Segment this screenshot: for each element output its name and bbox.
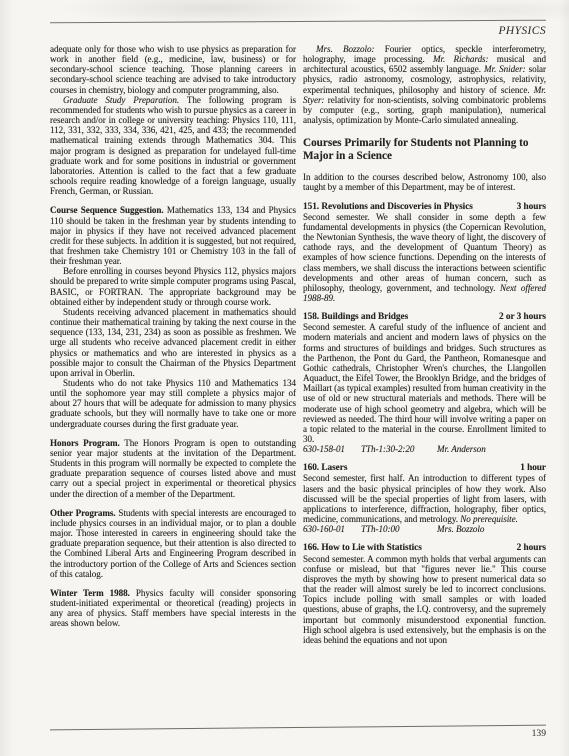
italic-text: Graduate Study Preparation. bbox=[63, 95, 179, 105]
course-hours: 2 hours bbox=[517, 543, 546, 553]
bold-lead-text: Winter Term 1988. bbox=[50, 588, 130, 598]
body-paragraph: Mrs. Bozzolo: Fourier optics, speckle in… bbox=[303, 44, 546, 125]
body-paragraph: Students receiving advanced placement in… bbox=[50, 307, 296, 378]
body-paragraph: Winter Term 1988. Physics faculty will c… bbox=[50, 588, 296, 629]
body-paragraph: Second semester. A common myth holds tha… bbox=[303, 554, 546, 645]
body-paragraph: Course Sequence Suggestion. Mathematics … bbox=[50, 205, 296, 266]
schedule-instructor: Mrs. Bozzolo bbox=[437, 524, 484, 534]
paragraph-text: Second semester. We shall consider in so… bbox=[303, 212, 546, 293]
paragraph-text: Students receiving advanced placement in… bbox=[50, 307, 296, 378]
paragraph-text: Second semester. A common myth holds tha… bbox=[303, 554, 546, 645]
header-rule bbox=[50, 20, 546, 24]
body-paragraph: Honors Program. The Honors Program is op… bbox=[50, 438, 296, 499]
catalog-page: PHYSICS adequate only for those who wish… bbox=[0, 0, 569, 756]
paragraph-text: The following program is recommended for… bbox=[50, 95, 296, 196]
italic-text: Mr. Richards: bbox=[433, 54, 489, 64]
bold-lead-text: Other Programs. bbox=[50, 508, 116, 518]
course-title-row: 151. Revolutions and Discoveries in Phys… bbox=[303, 202, 546, 212]
course-title: 160. Lasers bbox=[303, 463, 347, 473]
bold-lead-text: Honors Program. bbox=[50, 438, 120, 448]
course-schedule-row: 630-160-01TTh-10:00Mrs. Bozzolo bbox=[303, 524, 546, 534]
paragraph-text: In addition to the courses described bel… bbox=[303, 172, 546, 192]
course-hours: 2 or 3 hours bbox=[499, 312, 546, 322]
body-paragraph: In addition to the courses described bel… bbox=[303, 172, 546, 192]
course-title: 151. Revolutions and Discoveries in Phys… bbox=[303, 202, 473, 212]
italic-text: Mrs. Bozzolo: bbox=[316, 44, 374, 54]
course-hours: 1 hour bbox=[520, 463, 546, 473]
paragraph-text: relativity for non-scientists, solving c… bbox=[303, 95, 546, 125]
schedule-instructor: Mr. Anderson bbox=[437, 444, 486, 454]
section-heading: Courses Primarily for Students not Plann… bbox=[303, 137, 546, 163]
schedule-code: 630-158-01 bbox=[303, 444, 361, 454]
paragraph-text: Second semester. A careful study of the … bbox=[303, 322, 546, 444]
course-title-row: 166. How to Lie with Statistics2 hours bbox=[303, 543, 546, 553]
paragraph-text: adequate only for those who wish to use … bbox=[50, 44, 296, 95]
running-head: PHYSICS bbox=[303, 25, 546, 37]
course-title: 166. How to Lie with Statistics bbox=[303, 543, 422, 553]
right-column: Mrs. Bozzolo: Fourier optics, speckle in… bbox=[303, 44, 546, 645]
left-column: adequate only for those who wish to use … bbox=[50, 44, 296, 628]
page-number: 139 bbox=[446, 728, 546, 739]
italic-text: Mr. Snider: bbox=[484, 64, 526, 74]
body-paragraph: adequate only for those who wish to use … bbox=[50, 44, 296, 95]
body-paragraph: Second semester, first half. An introduc… bbox=[303, 473, 546, 524]
body-paragraph: Second semester. A careful study of the … bbox=[303, 322, 546, 444]
paragraph-text: Students who do not take Physics 110 and… bbox=[50, 378, 296, 429]
schedule-code: 630-160-01 bbox=[303, 524, 361, 534]
course-title-row: 158. Buildings and Bridges2 or 3 hours bbox=[303, 312, 546, 322]
body-paragraph: Graduate Study Preparation. The followin… bbox=[50, 95, 296, 197]
paragraph-text: Before enrolling in courses beyond Physi… bbox=[50, 266, 296, 306]
schedule-time: TTh-1:30-2:20 bbox=[361, 444, 437, 454]
body-paragraph: Second semester. We shall consider in so… bbox=[303, 212, 546, 303]
paragraph-text: Students with special interests are enco… bbox=[50, 508, 296, 579]
course-schedule-row: 630-158-01TTh-1:30-2:20Mr. Anderson bbox=[303, 444, 546, 454]
body-paragraph: Other Programs. Students with special in… bbox=[50, 508, 296, 579]
course-hours: 3 hours bbox=[517, 202, 546, 212]
schedule-time: TTh-10:00 bbox=[361, 524, 437, 534]
course-title-row: 160. Lasers1 hour bbox=[303, 463, 546, 473]
bold-lead-text: Course Sequence Suggestion. bbox=[50, 205, 164, 215]
course-title: 158. Buildings and Bridges bbox=[303, 312, 408, 322]
italic-text: No prerequisite. bbox=[460, 514, 518, 524]
body-paragraph: Students who do not take Physics 110 and… bbox=[50, 378, 296, 429]
body-paragraph: Before enrolling in courses beyond Physi… bbox=[50, 266, 296, 307]
